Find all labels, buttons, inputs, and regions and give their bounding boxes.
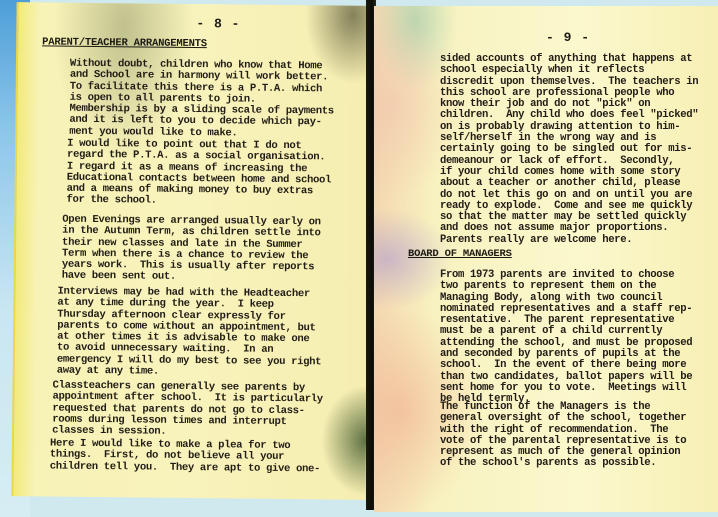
section-heading: BOARD OF MANAGERS	[408, 248, 512, 260]
paragraph: Open Evenings are arranged usually early…	[62, 215, 321, 285]
paragraph: I would like to point out that I do notr…	[66, 139, 331, 210]
section-heading: PARENT/TEACHER ARRANGEMENTS	[42, 36, 207, 50]
page-number: - 9 -	[546, 30, 590, 45]
page-number: - 8 -	[196, 16, 240, 31]
text-line: have been sent out.	[62, 271, 320, 285]
text-line: children tell you. They are apt to give …	[50, 461, 320, 475]
text-line: about a teacher or another child, please	[440, 178, 698, 189]
paragraph: Here I would like to make a plea for two…	[50, 439, 321, 476]
text-line: of the school's parents as possible.	[440, 458, 686, 469]
text-line: school especially when it reflects	[440, 65, 698, 76]
paragraph: Interviews may be had with the Headteach…	[57, 287, 322, 380]
text-line: general oversight of the school, togethe…	[440, 413, 686, 424]
text-line: school. In the event of there being more	[440, 360, 692, 371]
paragraph: Without doubt, children who know that Ho…	[69, 59, 334, 141]
paragraph: The function of the Managers is thegener…	[440, 402, 686, 470]
text-line: Parents really are welcome here.	[440, 235, 698, 246]
paragraph: Classteachers can generally see parents …	[52, 381, 323, 440]
right-page: - 9 - sided accounts of anything that ha…	[374, 6, 718, 512]
text-line: for the school.	[66, 195, 330, 209]
paragraph: sided accounts of anything that happens …	[440, 54, 698, 246]
text-line: two parents to represent them on the	[440, 281, 692, 292]
paragraph: From 1973 parents are invited to chooset…	[440, 270, 692, 406]
left-page: - 8 - PARENT/TEACHER ARRANGEMENTS Withou…	[11, 2, 370, 500]
text-line: certainly going to be singled out for mi…	[440, 144, 698, 155]
